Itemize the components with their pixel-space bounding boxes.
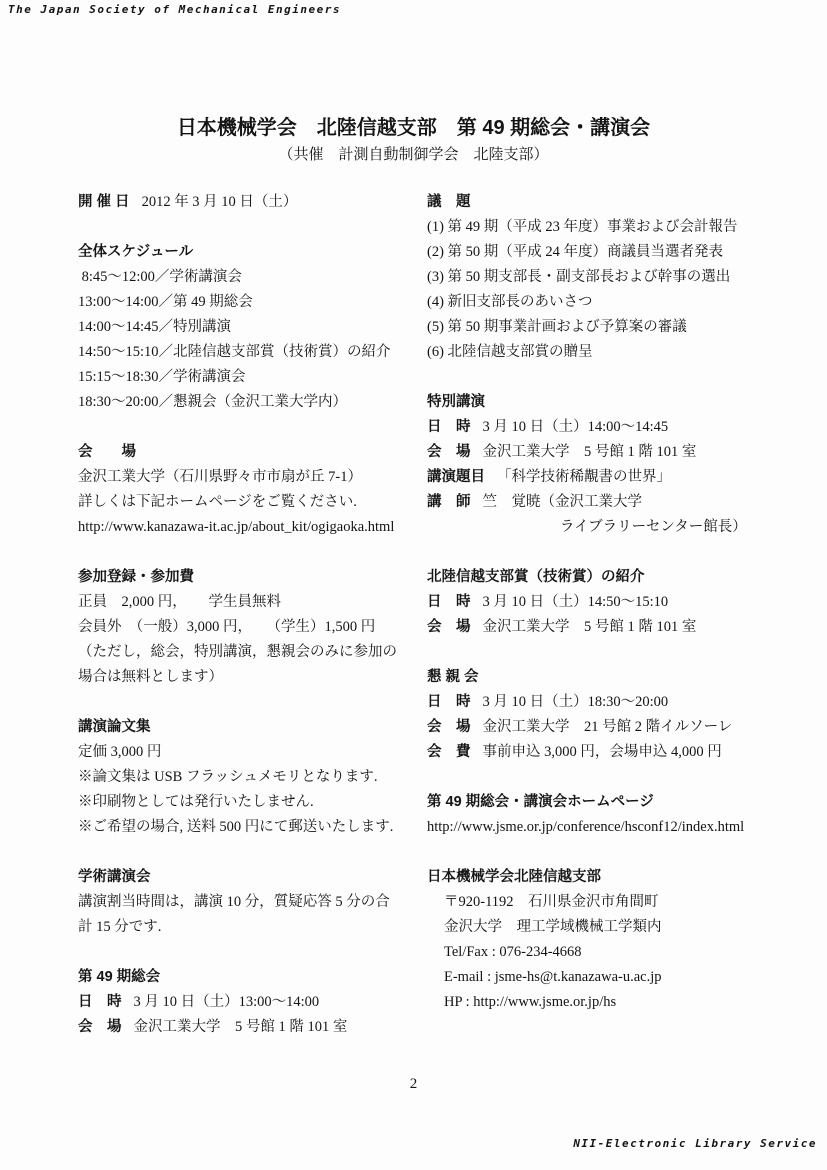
schedule-item: 14:00〜14:45／特別講演	[78, 315, 426, 340]
proceedings-line: ※論文集は USB フラッシュメモリとなります.	[78, 765, 426, 790]
section-venue: 会 場 金沢工業大学（石川県野々市市扇が丘 7-1） 詳しくは下記ホームページを…	[78, 440, 426, 540]
contact-homepage-line: HP : http://www.jsme.or.jp/hs	[427, 990, 779, 1015]
section-lecture-info: 学術講演会 講演割当時間は，講演 10 分，質疑応答 5 分の合 計 15 分で…	[78, 865, 426, 940]
agenda-item: (4) 新旧支部長のあいさつ	[427, 290, 779, 315]
section-event-date: 開 催 日 2012 年 3 月 10 日（土）	[78, 190, 426, 215]
scan-header-text: The Japan Society of Mechanical Engineer…	[8, 3, 341, 16]
section-assembly: 第 49 期総会 日 時 3 月 10 日（土）13:00〜14:00 会 場 …	[78, 965, 426, 1040]
row-label: 講演題目	[427, 465, 485, 490]
special-speaker-continuation: ライブラリーセンター館長）	[427, 515, 779, 540]
schedule-title: 全体スケジュール	[78, 240, 426, 265]
section-schedule: 全体スケジュール 8:45〜12:00／学術講演会 13:00〜14:00／第 …	[78, 240, 426, 415]
proceedings-line: ※印刷物としては発行いたしません.	[78, 790, 426, 815]
agenda-item: (5) 第 50 期事業計画および予算案の審議	[427, 315, 779, 340]
row-value: 3 月 10 日（土）14:00〜14:45	[483, 415, 669, 440]
schedule-item: 15:15〜18:30／学術講演会	[78, 365, 426, 390]
row-value: 3 月 10 日（土）13:00〜14:00	[134, 990, 320, 1015]
section-proceedings: 講演論文集 定価 3,000 円 ※論文集は USB フラッシュメモリとなります…	[78, 715, 426, 840]
party-datetime-row: 日 時 3 月 10 日（土）18:30〜20:00	[427, 690, 779, 715]
row-value: 3 月 10 日（土）14:50〜15:10	[483, 590, 669, 615]
row-label: 会 場	[427, 440, 471, 465]
registration-title: 参加登録・参加費	[78, 565, 426, 590]
schedule-item: 13:00〜14:00／第 49 期総会	[78, 290, 426, 315]
section-registration: 参加登録・参加費 正員 2,000 円， 学生員無料 会員外 （一般）3,000…	[78, 565, 426, 690]
agenda-title: 議 題	[427, 190, 779, 215]
document-page: The Japan Society of Mechanical Engineer…	[0, 0, 827, 1170]
row-label: 会 費	[427, 740, 471, 765]
row-label: 日 時	[427, 415, 471, 440]
venue-line: 詳しくは下記ホームページをご覧ください.	[78, 490, 426, 515]
assembly-title: 第 49 期総会	[78, 965, 426, 990]
row-label: 講 師	[427, 490, 471, 515]
section-agenda: 議 題 (1) 第 49 期（平成 23 年度）事業および会計報告 (2) 第 …	[427, 190, 779, 365]
row-value: 金沢工業大学 5 号館 1 階 101 室	[483, 615, 697, 640]
lecture-info-line: 計 15 分です.	[78, 915, 426, 940]
document-subtitle: （共催 計測自動制御学会 北陸支部）	[0, 145, 827, 165]
row-value: 3 月 10 日（土）18:30〜20:00	[483, 690, 669, 715]
award-title: 北陸信越支部賞（技術賞）の紹介	[427, 565, 779, 590]
party-title: 懇 親 会	[427, 665, 779, 690]
contact-title: 日本機械学会北陸信越支部	[427, 865, 779, 890]
event-date-value: 2012 年 3 月 10 日（土）	[142, 190, 298, 215]
row-label: 日 時	[427, 590, 471, 615]
row-label: 会 場	[427, 715, 471, 740]
section-homepage: 第 49 期総会・講演会ホームページ http://www.jsme.or.jp…	[427, 790, 779, 840]
registration-line: 正員 2,000 円， 学生員無料	[78, 590, 426, 615]
schedule-item: 18:30〜20:00／懇親会（金沢工業大学内）	[78, 390, 426, 415]
document-title: 日本機械学会 北陸信越支部 第 49 期総会・講演会	[0, 115, 827, 141]
special-lecture-title: 特別講演	[427, 390, 779, 415]
row-value: 事前申込 3,000 円，会場申込 4,000 円	[483, 740, 722, 765]
row-label: 会 場	[78, 1015, 122, 1040]
row-value: 竺 覚暁（金沢工業大学	[483, 490, 643, 515]
lecture-info-line: 講演割当時間は，講演 10 分，質疑応答 5 分の合	[78, 890, 426, 915]
assembly-venue-row: 会 場 金沢工業大学 5 号館 1 階 101 室	[78, 1015, 426, 1040]
proceedings-line: 定価 3,000 円	[78, 740, 426, 765]
row-label: 日 時	[78, 990, 122, 1015]
agenda-item: (1) 第 49 期（平成 23 年度）事業および会計報告	[427, 215, 779, 240]
contact-email-line: E-mail : jsme-hs@t.kanazawa-u.ac.jp	[427, 965, 779, 990]
scan-footer-text: NII-Electronic Library Service	[573, 1137, 817, 1150]
party-fee-row: 会 費 事前申込 3,000 円，会場申込 4,000 円	[427, 740, 779, 765]
section-special-lecture: 特別講演 日 時 3 月 10 日（土）14:00〜14:45 会 場 金沢工業…	[427, 390, 779, 540]
agenda-item: (6) 北陸信越支部賞の贈呈	[427, 340, 779, 365]
special-datetime-row: 日 時 3 月 10 日（土）14:00〜14:45	[427, 415, 779, 440]
special-venue-row: 会 場 金沢工業大学 5 号館 1 階 101 室	[427, 440, 779, 465]
row-value: 金沢工業大学 21 号館 2 階イルソーレ	[483, 715, 733, 740]
registration-line: 会員外 （一般）3,000 円， （学生）1,500 円	[78, 615, 426, 640]
party-venue-row: 会 場 金沢工業大学 21 号館 2 階イルソーレ	[427, 715, 779, 740]
award-venue-row: 会 場 金沢工業大学 5 号館 1 階 101 室	[427, 615, 779, 640]
contact-address-line: 金沢大学 理工学域機械工学類内	[427, 915, 779, 940]
agenda-item: (3) 第 50 期支部長・副支部長および幹事の選出	[427, 265, 779, 290]
title-block: 日本機械学会 北陸信越支部 第 49 期総会・講演会 （共催 計測自動制御学会 …	[0, 115, 827, 165]
section-award: 北陸信越支部賞（技術賞）の紹介 日 時 3 月 10 日（土）14:50〜15:…	[427, 565, 779, 640]
row-value: 「科学技術稀覯書の世界」	[497, 465, 671, 490]
row-value: 金沢工業大学 5 号館 1 階 101 室	[134, 1015, 348, 1040]
lecture-info-title: 学術講演会	[78, 865, 426, 890]
schedule-item: 14:50〜15:10／北陸信越支部賞（技術賞）の紹介	[78, 340, 426, 365]
registration-line: （ただし，総会，特別講演，懇親会のみに参加の	[78, 640, 426, 665]
registration-line: 場合は無料とします）	[78, 665, 426, 690]
homepage-url: http://www.jsme.or.jp/conference/hsconf1…	[427, 815, 779, 840]
award-datetime-row: 日 時 3 月 10 日（土）14:50〜15:10	[427, 590, 779, 615]
assembly-datetime-row: 日 時 3 月 10 日（土）13:00〜14:00	[78, 990, 426, 1015]
page-number: 2	[0, 1076, 827, 1093]
venue-title: 会 場	[78, 440, 426, 465]
section-contact: 日本機械学会北陸信越支部 〒920-1192 石川県金沢市角間町 金沢大学 理工…	[427, 865, 779, 1015]
left-column: 開 催 日 2012 年 3 月 10 日（土） 全体スケジュール 8:45〜1…	[78, 190, 426, 1065]
contact-address-line: 〒920-1192 石川県金沢市角間町	[427, 890, 779, 915]
special-topic-row: 講演題目 「科学技術稀覯書の世界」	[427, 465, 779, 490]
agenda-item: (2) 第 50 期（平成 24 年度）商議員当選者発表	[427, 240, 779, 265]
proceedings-line: ※ご希望の場合, 送料 500 円にて郵送いたします.	[78, 815, 426, 840]
row-value: 金沢工業大学 5 号館 1 階 101 室	[483, 440, 697, 465]
special-speaker-row: 講 師 竺 覚暁（金沢工業大学	[427, 490, 779, 515]
venue-url: http://www.kanazawa-it.ac.jp/about_kit/o…	[78, 515, 426, 540]
schedule-item: 8:45〜12:00／学術講演会	[78, 265, 426, 290]
row-label: 会 場	[427, 615, 471, 640]
event-date-label: 開 催 日	[78, 190, 130, 215]
proceedings-title: 講演論文集	[78, 715, 426, 740]
venue-line: 金沢工業大学（石川県野々市市扇が丘 7-1）	[78, 465, 426, 490]
right-column: 議 題 (1) 第 49 期（平成 23 年度）事業および会計報告 (2) 第 …	[427, 190, 779, 1040]
section-party: 懇 親 会 日 時 3 月 10 日（土）18:30〜20:00 会 場 金沢工…	[427, 665, 779, 765]
contact-telfax-line: Tel/Fax : 076-234-4668	[427, 940, 779, 965]
event-date-row: 開 催 日 2012 年 3 月 10 日（土）	[78, 190, 426, 215]
row-label: 日 時	[427, 690, 471, 715]
homepage-title: 第 49 期総会・講演会ホームページ	[427, 790, 779, 815]
